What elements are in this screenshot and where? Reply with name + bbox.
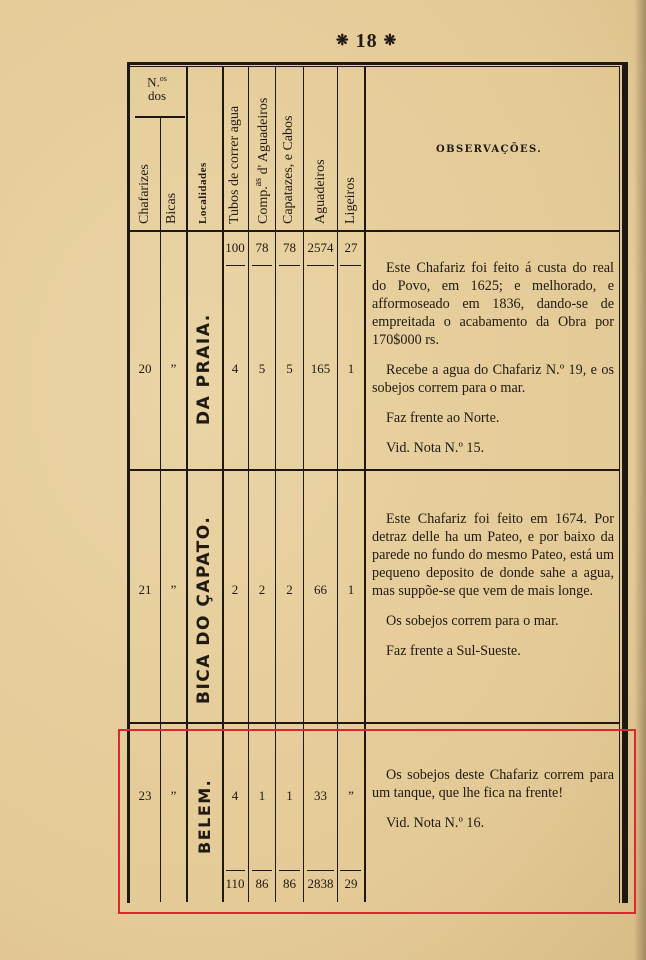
header-bicas: Bicas bbox=[164, 193, 180, 224]
cell-comp: 1 bbox=[249, 788, 275, 804]
col-rule-comp bbox=[248, 66, 249, 902]
cell-comp: 2 bbox=[249, 582, 275, 598]
cell-aguadeiros: 165 bbox=[304, 361, 337, 377]
total-rule bbox=[307, 870, 334, 871]
comp-superscript: as bbox=[253, 178, 264, 186]
cell-bica: ” bbox=[161, 788, 186, 804]
total-rule bbox=[279, 870, 300, 871]
cell-capatazes: 5 bbox=[276, 361, 303, 377]
cell-tubos: 2 bbox=[222, 582, 248, 598]
obs-paragraph: Este Chafariz foi feito em 1674. Por det… bbox=[372, 510, 614, 600]
nos-suffix: dos bbox=[148, 88, 166, 103]
cell-capatazes: 1 bbox=[276, 788, 303, 804]
row-divider-1 bbox=[130, 469, 620, 471]
comp-suffix: d' Aguadeiros bbox=[256, 98, 271, 178]
obs-paragraph: Faz frente ao Norte. bbox=[372, 409, 614, 427]
comp-prefix: Comp. bbox=[256, 186, 271, 224]
cell-ligeiros: ” bbox=[338, 788, 364, 804]
carry-ligeiros: 27 bbox=[338, 240, 364, 256]
header-localidades: Localidades bbox=[197, 162, 209, 224]
obs-paragraph: Os sobejos correm para o mar. bbox=[372, 612, 614, 630]
col-rule-observacoes bbox=[364, 66, 366, 902]
obs-paragraph: Recebe a agua do Chafariz N.º 19, e os s… bbox=[372, 361, 614, 397]
cell-localidade: DA PRAIA. bbox=[194, 313, 214, 425]
total-comp: 86 bbox=[249, 876, 275, 892]
cell-chafariz: 21 bbox=[130, 582, 160, 598]
header-aguadeiros: Aguadeiros bbox=[313, 159, 329, 224]
cell-ligeiros: 1 bbox=[338, 361, 364, 377]
row-divider-2 bbox=[130, 722, 620, 724]
cell-chafariz: 20 bbox=[130, 361, 160, 377]
header-capatazes: Capatazes, e Cabos bbox=[281, 116, 297, 224]
col-rule-bicas bbox=[160, 116, 161, 902]
col-rule-localidades bbox=[186, 66, 188, 902]
cell-bica: ” bbox=[161, 361, 186, 377]
table-inner-right-rule bbox=[619, 66, 620, 903]
total-rule bbox=[252, 870, 272, 871]
header-ligeiros: Ligeiros bbox=[343, 177, 359, 224]
cell-localidade: BICA DO ÇAPATO. bbox=[194, 516, 214, 704]
table-inner-top-rule bbox=[130, 66, 620, 67]
obs-paragraph: Vid. Nota N.º 16. bbox=[372, 814, 614, 832]
cell-chafariz: 23 bbox=[130, 788, 160, 804]
col-rule-capatazes bbox=[275, 66, 276, 902]
cell-tubos: 4 bbox=[222, 361, 248, 377]
header-bottom-rule bbox=[130, 230, 620, 232]
page-number-value: 18 bbox=[356, 30, 378, 52]
col-rule-tubos bbox=[222, 66, 224, 902]
nos-prefix: N. bbox=[147, 74, 160, 89]
obs-paragraph: Este Chafariz foi feito á custa do real … bbox=[372, 259, 614, 349]
nos-superscript: os bbox=[160, 74, 167, 83]
cell-bica: ” bbox=[161, 582, 186, 598]
cell-tubos: 4 bbox=[222, 788, 248, 804]
total-tubos: 110 bbox=[222, 876, 248, 892]
header-nos-dos: N.os dos bbox=[132, 72, 182, 103]
cell-aguadeiros: 66 bbox=[304, 582, 337, 598]
col-rule-aguadeiros bbox=[303, 66, 304, 902]
carry-aguadeiros: 2574 bbox=[304, 240, 337, 256]
obs-paragraph: Faz frente a Sul-Sueste. bbox=[372, 642, 614, 660]
carry-underline bbox=[226, 265, 245, 266]
carry-underline bbox=[307, 265, 334, 266]
ornament-left-icon: ❋ bbox=[336, 33, 350, 49]
obs-paragraph: Os sobejos deste Chafariz correm para um… bbox=[372, 766, 614, 802]
carry-underline bbox=[279, 265, 300, 266]
book-spine-shadow bbox=[634, 0, 646, 960]
total-aguadeiros: 2838 bbox=[304, 876, 337, 892]
carry-capatazes: 78 bbox=[276, 240, 303, 256]
header-chafarizes: Chafarizes bbox=[137, 164, 153, 224]
cell-observacoes: Este Chafariz foi feito á custa do real … bbox=[372, 259, 614, 469]
header-tubos: Tubos de correr agua bbox=[227, 106, 243, 224]
total-capatazes: 86 bbox=[276, 876, 303, 892]
cell-observacoes: Este Chafariz foi feito em 1674. Por det… bbox=[372, 510, 614, 672]
cell-ligeiros: 1 bbox=[338, 582, 364, 598]
total-ligeiros: 29 bbox=[338, 876, 364, 892]
total-rule bbox=[340, 870, 361, 871]
col-rule-ligeiros bbox=[337, 66, 338, 902]
header-observacoes: OBSERVAÇÕES. bbox=[436, 144, 542, 155]
cell-comp: 5 bbox=[249, 361, 275, 377]
header-comp-aguadeiros: Comp.as d' Aguadeiros bbox=[253, 98, 272, 224]
total-rule bbox=[226, 870, 245, 871]
ornament-right-icon: ❋ bbox=[384, 33, 398, 49]
carry-comp: 78 bbox=[249, 240, 275, 256]
cell-aguadeiros: 33 bbox=[304, 788, 337, 804]
page-number: ❋ 18 ❋ bbox=[336, 30, 397, 53]
carry-underline bbox=[340, 265, 361, 266]
carry-tubos: 100 bbox=[222, 240, 248, 256]
cell-observacoes: Os sobejos deste Chafariz correm para um… bbox=[372, 766, 614, 844]
cell-localidade: BELEM. bbox=[195, 779, 214, 854]
cell-capatazes: 2 bbox=[276, 582, 303, 598]
carry-underline bbox=[252, 265, 272, 266]
obs-paragraph: Vid. Nota N.º 15. bbox=[372, 439, 614, 457]
